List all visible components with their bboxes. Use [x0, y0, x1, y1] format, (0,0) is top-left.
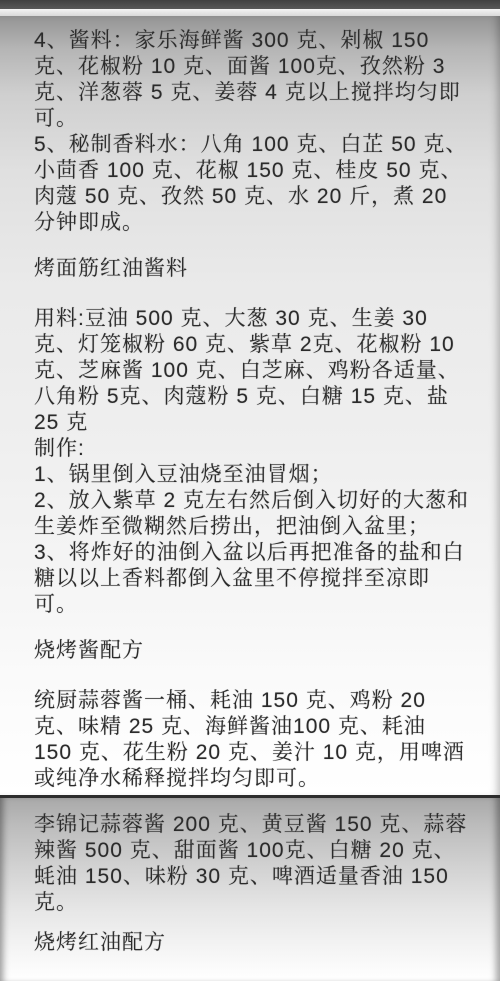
- document-screenshot: 4、酱料：家乐海鲜酱 300 克、剁椒 150克、花椒粉 10 克、面酱 100…: [0, 0, 500, 981]
- text-line: 5、秘制香料水：八角 100 克、白芷 50 克、: [34, 132, 472, 158]
- text-line: 统厨蒜蓉酱一桶、耗油 150 克、鸡粉 20: [34, 688, 472, 714]
- text-line: 4、酱料：家乐海鲜酱 300 克、剁椒 150: [34, 28, 472, 54]
- text-line: 烤面筋红油酱料: [34, 256, 472, 282]
- text-line: 可。: [34, 106, 472, 132]
- recipe-page-1: 4、酱料：家乐海鲜酱 300 克、剁椒 150克、花椒粉 10 克、面酱 100…: [0, 16, 500, 795]
- text-line: 辣酱 500 克、甜面酱 100克、白糖 20 克、: [34, 838, 472, 864]
- text-line: 2、放入紫草 2 克左右然后倒入切好的大葱和: [34, 488, 472, 514]
- text-line: 克。: [34, 890, 472, 916]
- paragraph: 统厨蒜蓉酱一桶、耗油 150 克、鸡粉 20克、味精 25 克、海鲜酱油100 …: [34, 688, 472, 792]
- section-heading: 烧烤红油配方: [34, 930, 472, 956]
- top-light-strip: [0, 9, 500, 16]
- text-line: 1、锅里倒入豆油烧至油冒烟；: [34, 462, 472, 488]
- text-line: 可。: [34, 592, 472, 618]
- text-line: 克、味精 25 克、海鲜酱油100 克、耗油: [34, 714, 472, 740]
- text-line: 蚝油 150、味粉 30 克、啤酒适量香油 150: [34, 864, 472, 890]
- text-line: 克、洋葱蓉 5 克、姜蓉 4 克以上搅拌均匀即: [34, 80, 472, 106]
- text-line: 150 克、花生粉 20 克、姜汁 10 克，用啤酒: [34, 740, 472, 766]
- paragraph: 用料:豆油 500 克、大葱 30 克、生姜 30克、灯笼椒粉 60 克、紫草 …: [34, 306, 472, 618]
- section-heading: 烧烤酱配方: [34, 638, 472, 664]
- text-line: 烧烤酱配方: [34, 638, 472, 664]
- text-line: 糖以以上香料都倒入盆里不停搅拌至凉即: [34, 566, 472, 592]
- text-line: 克、芝麻酱 100 克、白芝麻、鸡粉各适量、: [34, 358, 472, 384]
- text-line: 制作:: [34, 436, 472, 462]
- text-line: 用料:豆油 500 克、大葱 30 克、生姜 30: [34, 306, 472, 332]
- text-line: 八角粉 5克、肉蔻粉 5 克、白糖 15 克、盐: [34, 384, 472, 410]
- text-line: 克、灯笼椒粉 60 克、紫草 2克、花椒粉 10: [34, 332, 472, 358]
- text-line: 烧烤红油配方: [34, 930, 472, 956]
- recipe-page-2: 李锦记蒜蓉酱 200 克、黄豆酱 150 克、蒜蓉辣酱 500 克、甜面酱 10…: [0, 798, 500, 981]
- text-line: 25 克: [34, 410, 472, 436]
- text-line: 小茴香 100 克、花椒 150 克、桂皮 50 克、: [34, 158, 472, 184]
- section-heading: 烤面筋红油酱料: [34, 256, 472, 282]
- text-line: 克、花椒粉 10 克、面酱 100克、孜然粉 3: [34, 54, 472, 80]
- paragraph: 李锦记蒜蓉酱 200 克、黄豆酱 150 克、蒜蓉辣酱 500 克、甜面酱 10…: [34, 812, 472, 916]
- text-line: 分钟即成。: [34, 210, 472, 236]
- paragraph: 4、酱料：家乐海鲜酱 300 克、剁椒 150克、花椒粉 10 克、面酱 100…: [34, 28, 472, 236]
- text-line: 李锦记蒜蓉酱 200 克、黄豆酱 150 克、蒜蓉: [34, 812, 472, 838]
- text-line: 肉蔻 50 克、孜然 50 克、水 20 斤，煮 20: [34, 184, 472, 210]
- text-line: 生姜炸至微糊然后捞出，把油倒入盆里；: [34, 514, 472, 540]
- top-dark-bar: [0, 0, 500, 9]
- text-line: 或纯净水稀释搅拌均匀即可。: [34, 766, 472, 792]
- text-line: 3、将炸好的油倒入盆以后再把准备的盐和白: [34, 540, 472, 566]
